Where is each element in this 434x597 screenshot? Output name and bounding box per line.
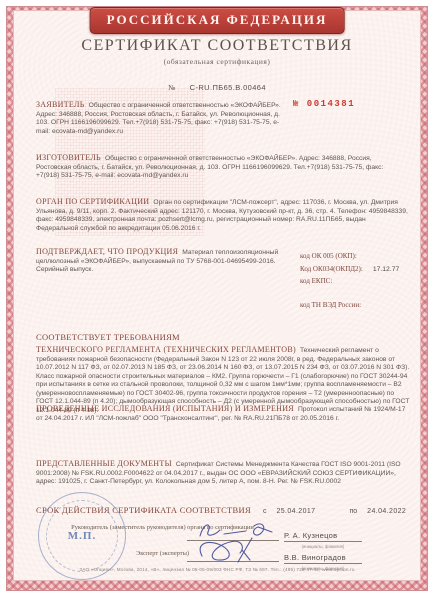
section-tests: ПРОВЕДЕННЫЕ ИССЛЕДОВАНИЯ (ИСПЫТАНИЯ) И И…	[36, 404, 410, 423]
seal-inner-ring: М.П.	[46, 500, 118, 572]
code-tnved-row: код ТН ВЭД России:	[300, 301, 420, 309]
product-codes: код ОК 005 (ОКП): Код ОК034(ОКПД2):17.12…	[300, 252, 420, 314]
validity-from-date: 25.04.2017	[276, 508, 315, 515]
section-manufacturer: ИЗГОТОВИТЕЛЬОбщество с ограниченной отве…	[36, 153, 408, 181]
section-applicant: ЗАЯВИТЕЛЬОбщество с ограниченной ответст…	[36, 100, 288, 136]
certificate-number-line: №C-RU.ПБ65.В.00464	[0, 83, 434, 92]
country-banner: РОССИЙСКАЯ ФЕДЕРАЦИЯ	[90, 7, 345, 34]
certificate-number: C-RU.ПБ65.В.00464	[190, 83, 266, 92]
applicant-label: ЗАЯВИТЕЛЬ	[36, 100, 85, 109]
number-sign: №	[168, 83, 176, 92]
section-certification-body: ОРГАН ПО СЕРТИФИКАЦИИОрган по сертификац…	[36, 197, 408, 233]
certificate-page: РОССИЙСКАЯ ФЕДЕРАЦИЯ СЕРТИФИКАТ СООТВЕТС…	[0, 0, 434, 597]
validity-from-label: с	[263, 508, 267, 515]
tests-label: ПРОВЕДЕННЫЕ ИССЛЕДОВАНИЯ (ИСПЫТАНИЯ) И И…	[36, 404, 294, 413]
head-name-block: Р. А. Кузнецов (инициалы, фамилия)	[284, 525, 374, 549]
expert-name: В.В. Виноградов	[284, 553, 362, 564]
product-label: ПОДТВЕРЖДАЕТ, ЧТО ПРОДУКЦИЯ	[36, 247, 178, 256]
head-name: Р. А. Кузнецов	[284, 531, 362, 542]
code-ekps-row: код ЕКПС:	[300, 277, 420, 285]
section-product: ПОДТВЕРЖДАЕТ, ЧТО ПРОДУКЦИЯМатериал тепл…	[36, 247, 280, 275]
code-okpd2-label: Код ОК034(ОКПД2):	[300, 265, 363, 273]
code-okp-label: код ОК 005 (ОКП):	[300, 252, 357, 260]
validity-to-label: по	[349, 508, 357, 515]
certificate-title: СЕРТИФИКАТ СООТВЕТСТВИЯ	[0, 37, 434, 55]
certificate-subtitle: (обязательная сертификация)	[0, 57, 434, 66]
code-okp-row: код ОК 005 (ОКП):	[300, 252, 420, 260]
validity-to-date: 24.04.2022	[367, 508, 406, 515]
manufacturer-label: ИЗГОТОВИТЕЛЬ	[36, 153, 101, 162]
compliance-heading: СООТВЕТСТВУЕТ ТРЕБОВАНИЯМ	[36, 332, 180, 342]
country-banner-label: РОССИЙСКАЯ ФЕДЕРАЦИЯ	[107, 12, 328, 27]
handwritten-signatures-icon	[188, 516, 288, 566]
printing-house-info: ЗАО «Опцион», Москва, 2014, «В», лицензи…	[0, 567, 434, 572]
code-tnved-label: код ТН ВЭД России:	[300, 301, 361, 309]
code-okpd2-row: Код ОК034(ОКПД2):17.12.77	[300, 265, 420, 273]
certification-body-label: ОРГАН ПО СЕРТИФИКАЦИИ	[36, 197, 149, 206]
code-okpd2-value: 17.12.77	[373, 266, 399, 273]
requirements-label: ТЕХНИЧЕСКОГО РЕГЛАМЕНТА (ТЕХНИЧЕСКИХ РЕГ…	[36, 345, 296, 354]
blank-form-number: № 0014381	[293, 99, 355, 109]
code-ekps-label: код ЕКПС:	[300, 277, 332, 285]
documents-label: ПРЕДСТАВЛЕННЫЕ ДОКУМЕНТЫ	[36, 459, 172, 468]
section-documents: ПРЕДСТАВЛЕННЫЕ ДОКУМЕНТЫСертификат Систе…	[36, 459, 410, 487]
